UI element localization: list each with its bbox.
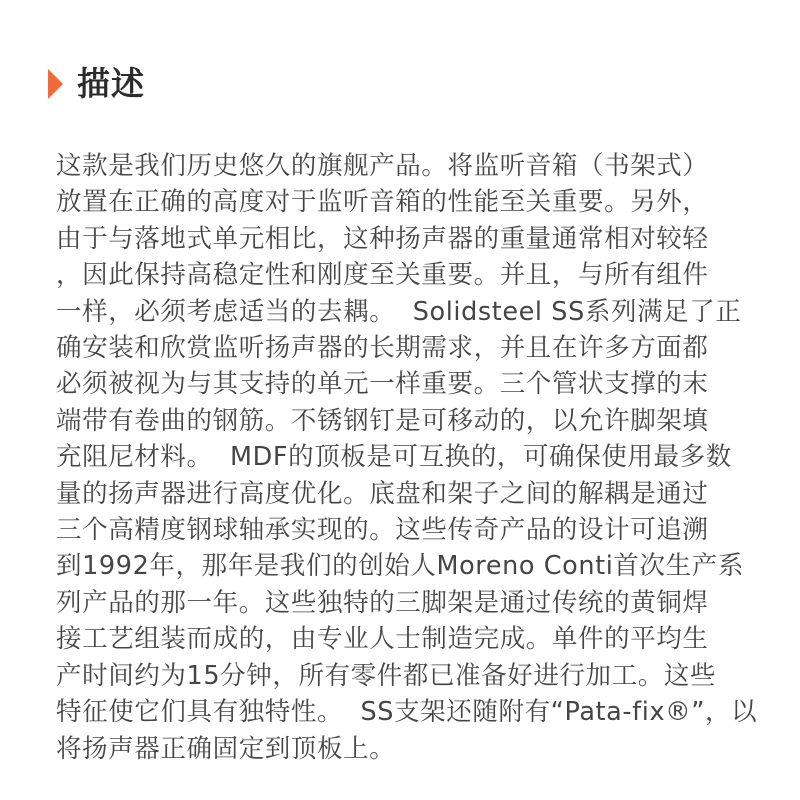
description-line: 由于与落地式单元相比，这种扬声器的重量通常相对较轻	[56, 221, 756, 257]
description-line: 充阻尼材料。 MDF的顶板是可互换的，可确保使用最多数	[56, 439, 756, 475]
description-line: 三个高精度钢球轴承实现的。这些传奇产品的设计可追溯	[56, 512, 756, 548]
description-text: 这款是我们历史悠久的旗舰产品。将监听音箱（书架式） 放置在正确的高度对于监听音箱…	[56, 148, 756, 767]
description-line: 到1992年，那年是我们的创始人Moreno Conti首次生产系	[56, 548, 756, 584]
triangle-right-icon	[48, 69, 63, 99]
description-line: 确安装和欣赏监听扬声器的长期需求，并且在许多方面都	[56, 330, 756, 366]
description-line: 端带有卷曲的钢筋。不锈钢钉是可移动的，以允许脚架填	[56, 403, 756, 439]
section-title: 描述	[77, 62, 145, 106]
description-line: ，因此保持高稳定性和刚度至关重要。并且，与所有组件	[56, 257, 756, 293]
description-line: 放置在正确的高度对于监听音箱的性能至关重要。另外，	[56, 184, 756, 220]
description-line: 接工艺组装而成的，由专业人士制造完成。单件的平均生	[56, 621, 756, 657]
description-line: 将扬声器正确固定到顶板上。	[56, 731, 756, 767]
description-line: 列产品的那一年。这些独特的三脚架是通过传统的黄铜焊	[56, 585, 756, 621]
description-line: 必须被视为与其支持的单元一样重要。三个管状支撑的末	[56, 366, 756, 402]
description-line: 产时间约为15分钟，所有零件都已准备好进行加工。这些	[56, 658, 756, 694]
description-line: 特征使它们具有独特性。 SS支架还随附有“Pata-fix®”，以	[56, 694, 756, 730]
description-line: 一样，必须考虑适当的去耦。 Solidsteel SS系列满足了正	[56, 294, 756, 330]
description-line: 量的扬声器进行高度优化。底盘和架子之间的解耦是通过	[56, 476, 756, 512]
section-heading: 描述	[48, 62, 145, 106]
description-line: 这款是我们历史悠久的旗舰产品。将监听音箱（书架式）	[56, 148, 756, 184]
